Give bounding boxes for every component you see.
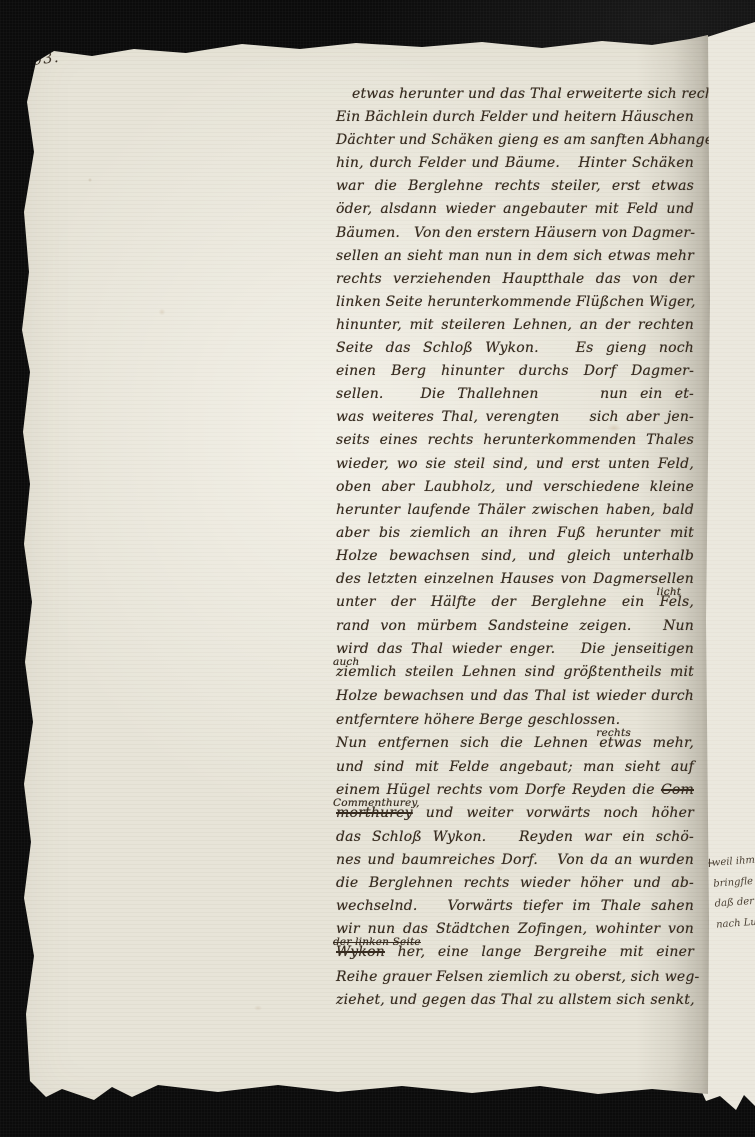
manuscript-line: die Berglehnen rechts wieder höher und a… <box>336 872 694 895</box>
manuscript-line: wird das Thal wieder enger. Die jenseiti… <box>336 638 694 661</box>
manuscript-scan: + weil ihmbringfledaß dernach Lu 303. et… <box>0 0 755 1137</box>
text-segment: rechts verziehenden Hauptthale das von d… <box>336 271 694 287</box>
text-segment: herunter laufende Thäler zwischen haben,… <box>336 502 694 518</box>
manuscript-line: war die Berglehne rechts steiler, erst e… <box>336 175 694 198</box>
manuscript-line: sellen an sieht man nun in dem sich etwa… <box>336 245 694 268</box>
manuscript-line: Reihe grauer Felsen ziemlich zu oberst, … <box>336 966 694 989</box>
text-segment: wir nun das Städtchen Zofingen, wohinter… <box>336 921 694 937</box>
manuscript-line: das Schloß Wykon. Reyden war ein schö- <box>336 826 694 849</box>
text-segment: Seite das Schloß Wykon. Es gieng noch <box>336 340 694 356</box>
text-segment: öder, alsdann wieder angebauter mit Feld… <box>336 201 694 217</box>
text-segment: entferntere höhere Berge geschlossen. <box>336 712 620 728</box>
text-segment: wieder, wo sie steil sind, und erst unte… <box>336 456 694 472</box>
text-segment: einen Berg hinunter durchs Dorf Dagmer- <box>336 363 694 379</box>
text-segment: linken Seite herunterkommende Flüßchen W… <box>336 294 696 310</box>
text-segment: einem Hügel rechts vom Dorfe Reyden die <box>336 782 661 798</box>
manuscript-line: Dächter und Schäken gieng es am sanften … <box>336 129 694 152</box>
manuscript-line: Holze bewachsen sind, und gleich unterha… <box>336 545 694 568</box>
manuscript-line: seits eines rechts herunterkommenden Tha… <box>336 429 694 452</box>
text-segment: her, eine lange Bergreihe mit einer <box>385 944 694 960</box>
manuscript-line: herunter laufende Thäler zwischen haben,… <box>336 499 694 522</box>
text-segment: wird das Thal wieder enger. Die jenseiti… <box>336 641 694 657</box>
manuscript-line: hinunter, mit steileren Lehnen, an der r… <box>336 314 694 337</box>
manuscript-line: Seite das Schloß Wykon. Es gieng noch <box>336 337 694 360</box>
page-number: 303. <box>21 48 60 70</box>
text-segment: nes und baumreiches Dorf. Von da an wurd… <box>336 852 694 868</box>
text-segment: aber bis ziemlich an ihren Fuß herunter … <box>336 525 694 541</box>
manuscript-lines: etwas herunter und das Thal erweiterte s… <box>336 83 694 1012</box>
margin-note-line: weil ihm <box>711 850 755 874</box>
margin-note-line: daß der <box>714 891 755 915</box>
manuscript-line: der linken SeiteWykon her, eine lange Be… <box>336 941 694 965</box>
manuscript-line: Holze bewachsen und das Thal ist wieder … <box>336 685 694 708</box>
manuscript-line: unter der Hälfte der Berglehne ein licht… <box>336 591 694 615</box>
manuscript-line: was weiteres Thal, verengten sich aber j… <box>336 406 694 429</box>
text-segment: Dächter und Schäken gieng es am sanften … <box>336 132 713 148</box>
text-segment: Com <box>661 782 694 798</box>
manuscript-line: und sind mit Felde angebaut; man sieht a… <box>336 756 694 779</box>
text-segment: Reihe grauer Felsen ziemlich zu oberst, … <box>336 969 699 985</box>
text-segment: die Berglehnen rechts wieder höher und a… <box>336 875 694 891</box>
text-segment: etwas herunter und das Thal erweiterte s… <box>352 86 732 102</box>
text-segment: und sind mit Felde angebaut; man sieht a… <box>336 759 694 775</box>
text-segment: wechselnd. Vorwärts tiefer im Thale sahe… <box>336 898 694 914</box>
text-segment: des letzten einzelnen Hauses von Dagmers… <box>336 571 694 587</box>
manuscript-line: rand von mürbem Sandsteine zeigen. Nun <box>336 615 694 638</box>
manuscript-line: auchziemlich steilen Lehnen sind größten… <box>336 661 694 685</box>
text-segment: unter der Hälfte der Berglehne ein <box>336 594 660 610</box>
text-segment: Ein Bächlein durch Felder und heitern Hä… <box>336 109 694 125</box>
manuscript-line: Commenthurey,morthurey und weiter vorwär… <box>336 802 694 826</box>
manuscript-line: Ein Bächlein durch Felder und heitern Hä… <box>336 106 694 129</box>
text-segment: rand von mürbem Sandsteine zeigen. Nun <box>336 618 694 634</box>
manuscript-line: oben aber Laubholz, und verschiedene kle… <box>336 476 694 499</box>
text-segment: und weiter vorwärts noch höher <box>413 805 694 821</box>
text-segment: Nun entfernen sich die Lehnen <box>336 735 599 751</box>
text-segment: oben aber Laubholz, und verschiedene kle… <box>336 479 694 495</box>
manuscript-line: sellen. Die Thallehnen nun ein et- <box>336 383 694 406</box>
text-segment: Holze bewachsen und das Thal ist wieder … <box>336 688 694 704</box>
text-segment: Holze bewachsen sind, und gleich unterha… <box>336 548 694 564</box>
facing-page-margin-note: weil ihmbringfledaß dernach Lu <box>711 850 755 935</box>
manuscript-line: Nun entfernen sich die Lehnen rechtsetwa… <box>336 732 694 756</box>
text-segment: hinunter, mit steileren Lehnen, an der r… <box>336 317 694 333</box>
manuscript-line: rechts verziehenden Hauptthale das von d… <box>336 268 694 291</box>
manuscript-line: ziehet, und gegen das Thal zu allstem si… <box>336 989 694 1012</box>
manuscript-line: wieder, wo sie steil sind, und erst unte… <box>336 453 694 476</box>
manuscript-line: etwas herunter und das Thal erweiterte s… <box>336 83 694 106</box>
manuscript-line: hin, durch Felder und Bäume. Hinter Schä… <box>336 152 694 175</box>
manuscript-line: einen Berg hinunter durchs Dorf Dagmer- <box>336 360 694 383</box>
manuscript-line: nes und baumreiches Dorf. Von da an wurd… <box>336 849 694 872</box>
manuscript-line: öder, alsdann wieder angebauter mit Feld… <box>336 198 694 221</box>
margin-note-line: nach Lu <box>715 912 755 936</box>
text-segment: was weiteres Thal, verengten sich aber j… <box>336 409 694 425</box>
text-segment: hin, durch Felder und Bäume. Hinter Schä… <box>336 155 694 171</box>
manuscript-line: wechselnd. Vorwärts tiefer im Thale sahe… <box>336 895 694 918</box>
manuscript-line: linken Seite herunterkommende Flüßchen W… <box>336 291 694 314</box>
text-segment: sellen. Die Thallehnen nun ein et- <box>336 386 694 402</box>
text-segment: ziehet, und gegen das Thal zu allstem si… <box>336 992 695 1008</box>
text-segment: das Schloß Wykon. Reyden war ein schö- <box>336 829 694 845</box>
manuscript-line: Bäumen. Von den erstern Häusern von Dagm… <box>336 222 694 245</box>
text-segment: sellen an sieht man nun in dem sich etwa… <box>336 248 694 264</box>
text-segment: war die Berglehne rechts steiler, erst e… <box>336 178 694 194</box>
manuscript-page: 303. etwas herunter und das Thal erweite… <box>0 0 755 1137</box>
manuscript-line: des letzten einzelnen Hauses von Dagmers… <box>336 568 694 591</box>
margin-note-line: bringfle <box>713 871 755 895</box>
text-segment: Bäumen. Von den erstern Häusern von Dagm… <box>336 225 695 241</box>
manuscript-line: entferntere höhere Berge geschlossen. <box>336 709 694 732</box>
manuscript-line: aber bis ziemlich an ihren Fuß herunter … <box>336 522 694 545</box>
text-segment: seits eines rechts herunterkommenden Tha… <box>336 432 694 448</box>
text-segment: ziemlich steilen Lehnen sind größtenthei… <box>336 664 694 680</box>
